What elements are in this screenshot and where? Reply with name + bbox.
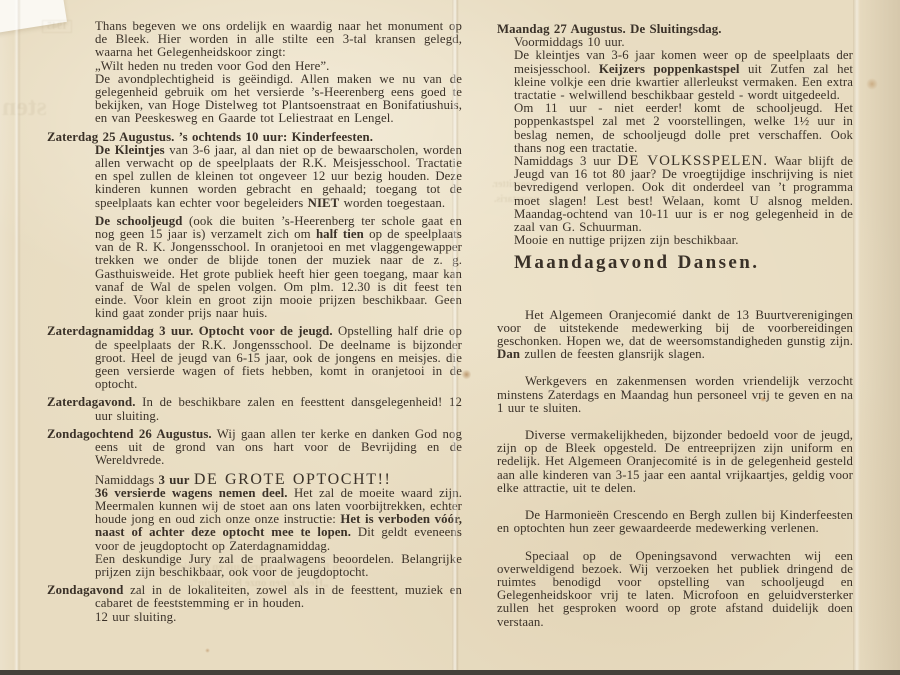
text-run: zullen de feesten glansrijk slagen. (520, 347, 705, 361)
intro-paragraph: Thans begeven we ons ordelijk en waardig… (95, 20, 462, 126)
paper-stain (866, 78, 878, 90)
notice-paragraph: Diverse vermakelijkheden, bijzonder bedo… (497, 429, 853, 495)
section-heading: Zondagavond zal in de lokaliteiten, zowe… (47, 584, 462, 624)
text-run: In de beschikbare zalen en feesttent dan… (95, 395, 462, 422)
text-run: half tien (316, 227, 364, 241)
text-run: 3 uur (159, 473, 190, 487)
text-run: Zaterdagavond. (47, 395, 136, 409)
section-heading: Zaterdagnamiddag 3 uur. Optocht voor de … (47, 325, 462, 391)
ghost-text-fragment: sten (2, 92, 47, 122)
paragraph: Om 11 uur - niet eerder! komt de schoolj… (514, 102, 853, 155)
text-run: zal in de lokaliteiten, zowel als in de … (95, 583, 462, 610)
text-run: Speciaal op de Openingsavond verwachten … (497, 549, 853, 629)
text-run: 36 versierde wagens nemen deel. (95, 486, 288, 500)
paragraph: 36 versierde wagens nemen deel. Het zal … (95, 487, 462, 579)
text-run: Keijzers poppenkastspel (599, 62, 740, 76)
text-run: op de speelplaats van de R. K. Jongenssc… (95, 227, 462, 320)
text-run: Het Algemeen Oranjecomié dankt de 13 Buu… (497, 308, 853, 348)
notice-paragraph: De Harmonieën Crescendo en Bergh zullen … (497, 509, 853, 535)
paper-stain (205, 648, 210, 653)
right-page-text-column: Maandag 27 Augustus. De Sluitingsdag.Voo… (497, 23, 853, 629)
text-run: Mooie en nuttige prijzen zijn beschikbaa… (514, 233, 739, 247)
text-run: NIET (308, 196, 340, 210)
text-run: Diverse vermakelijkheden, bijzonder bedo… (497, 428, 853, 495)
paper-stain (462, 369, 471, 380)
notice-paragraph: Werkgevers en zakenmensen worden vriende… (497, 375, 853, 415)
paragraph: De schooljeugd (ook die buiten ’s-Heeren… (95, 215, 462, 321)
paragraph: De kleintjes van 3-6 jaar komen weer op … (514, 49, 853, 102)
text-run: Om 11 uur - niet eerder! komt de schoolj… (514, 101, 853, 155)
notice-paragraph: Het Algemeen Oranjecomié dankt de 13 Buu… (497, 309, 853, 362)
section-heading: Zondagochtend 26 Augustus. Wij gaan alle… (47, 428, 462, 468)
text-run: „Wilt heden nu treden voor God den Here”… (95, 59, 329, 73)
text-run: Werkgevers en zakenmensen worden vriende… (497, 374, 853, 414)
text-run: De Harmonieën Crescendo en Bergh zullen … (497, 508, 853, 535)
section-heading: Zaterdagavond. In de beschikbare zalen e… (47, 396, 462, 422)
paragraph: De Kleintjes van 3-6 jaar, al dan niet o… (95, 144, 462, 210)
paragraph: Namiddags 3 uur DE GROTE OPTOCHT!! (95, 473, 462, 487)
text-run: Zaterdagnamiddag 3 uur. Optocht voor de … (47, 324, 333, 338)
text-run: Namiddags 3 uur (514, 154, 617, 168)
dance-headline: Maandagavond Dansen. (514, 256, 853, 271)
text-run: Maandag 27 Augustus. De Sluitingsdag. (497, 22, 722, 36)
text-run: Namiddags (95, 473, 159, 487)
paper-fold-right (853, 0, 860, 675)
text-run: De Kleintjes (95, 143, 165, 157)
paragraph: Namiddags 3 uur DE VOLKSSPELEN. Waar bli… (514, 155, 853, 247)
text-run: Dan (497, 347, 520, 361)
text-run: Voormiddags 10 uur. (514, 35, 625, 49)
text-run: Maandagavond Dansen. (514, 252, 759, 273)
text-run: Een deskundige Jury zal de praalwagens b… (95, 552, 462, 579)
text-run: Thans begeven we ons ordelijk en waardig… (95, 19, 462, 59)
text-run: 12 uur sluiting. (95, 610, 176, 624)
text-run: worden toegestaan. (339, 196, 445, 210)
scanned-booklet-page: 1945stenHeren Pastoor Th. Horsthuis en D… (0, 0, 900, 675)
text-run: Zondagavond (47, 583, 124, 597)
text-run: De avondplechtigheid is geëindigd. Allen… (95, 72, 462, 126)
text-run: De schooljeugd (95, 214, 183, 228)
text-run: Zondagochtend 26 Augustus. (47, 427, 212, 441)
left-page-text-column: Thans begeven we ons ordelijk en waardig… (47, 20, 462, 624)
scan-bottom-edge (0, 670, 900, 675)
text-run: Zaterdag 25 Augustus. ’s ochtends 10 uur… (47, 130, 373, 144)
notice-paragraph: Speciaal op de Openingsavond verwachten … (497, 550, 853, 629)
